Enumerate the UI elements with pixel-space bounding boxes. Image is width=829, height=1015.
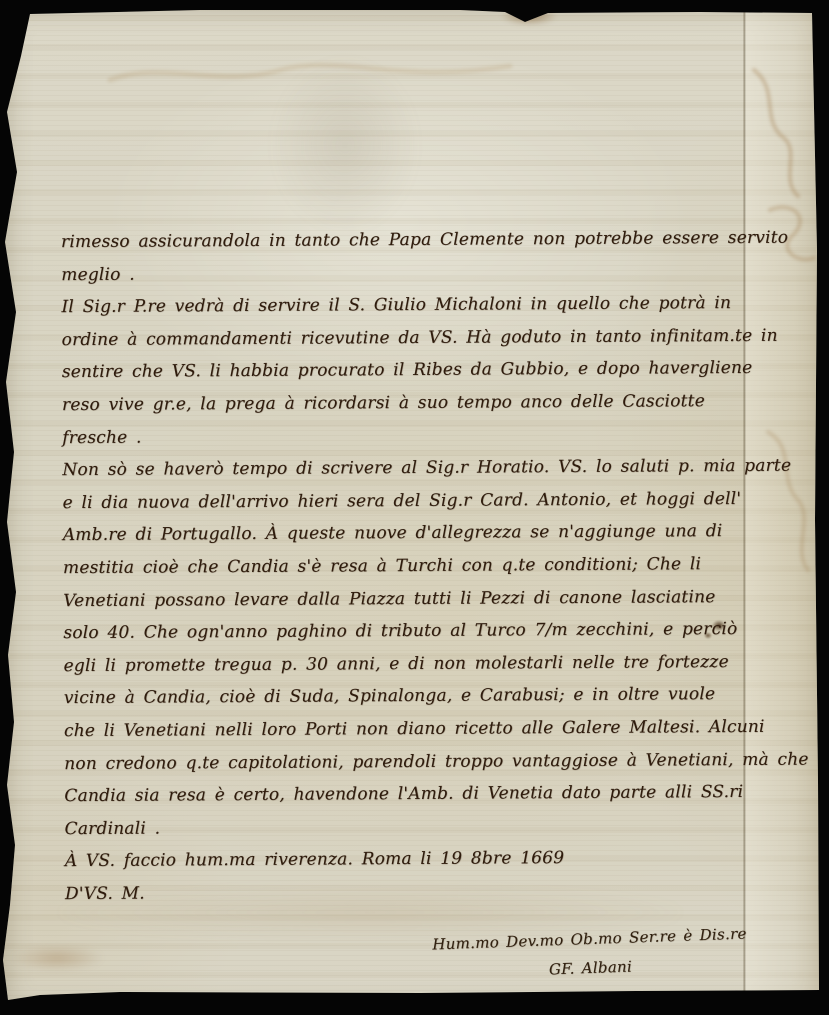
letter-line: reso vive gr.e, la prega à ricordarsi à … <box>62 385 757 422</box>
letter-line: fresche . <box>62 417 757 454</box>
ink-stain <box>500 6 558 26</box>
bleed-through-flourish <box>748 420 823 600</box>
letter-line: e li dia nuova dell'arrivo hieri sera de… <box>63 483 758 520</box>
smudge-mark <box>270 55 420 235</box>
letter-line: Non sò se haverò tempo di scrivere al Si… <box>62 450 757 487</box>
letter-line: Candia sia resa è certo, havendone l'Amb… <box>64 776 759 813</box>
paper-sheet: rimesso assicurandola in tanto che Papa … <box>0 0 829 1015</box>
sender-abbreviation: D'VS. M. <box>65 874 760 911</box>
letter-line: rimesso assicurandola in tanto che Papa … <box>61 222 756 259</box>
letter-line: solo 40. Che ogn'anno paghino di tributo… <box>63 613 758 650</box>
letter-line: Il Sig.r P.re vedrà di servire il S. Giu… <box>61 287 756 324</box>
letter-line: Cardinali . <box>64 809 759 846</box>
dateline: À VS. faccio hum.ma riverenza. Roma li 1… <box>65 841 760 878</box>
letter-line: vicine à Candia, cioè di Suda, Spinalong… <box>64 678 759 715</box>
letter-body: rimesso assicurandola in tanto che Papa … <box>61 222 760 911</box>
manuscript-scan: rimesso assicurandola in tanto che Papa … <box>0 0 829 1015</box>
bleed-through-word <box>12 945 102 971</box>
letter-line: egli li promette tregua p. 30 anni, e di… <box>64 646 759 683</box>
letter-line: Venetiani possano levare dalla Piazza tu… <box>63 580 758 617</box>
letter-line: sentire che VS. li habbia procurato il R… <box>62 352 757 389</box>
letter-line: non credono q.te capitolationi, parendol… <box>64 743 759 780</box>
letter-line: ordine à commandamenti ricevutine da VS.… <box>62 320 757 357</box>
letter-line: che li Venetiani nelli loro Porti non di… <box>64 711 759 748</box>
letter-line: Amb.re di Portugallo. À queste nuove d'a… <box>63 515 758 552</box>
signature-block: Hum.mo Dev.mo Ob.mo Ser.re è Dis.re GF. … <box>424 919 756 988</box>
letter-line: mestitia cioè che Candia s'è resa à Turc… <box>63 548 758 585</box>
letter-line: meglio . <box>61 254 756 291</box>
